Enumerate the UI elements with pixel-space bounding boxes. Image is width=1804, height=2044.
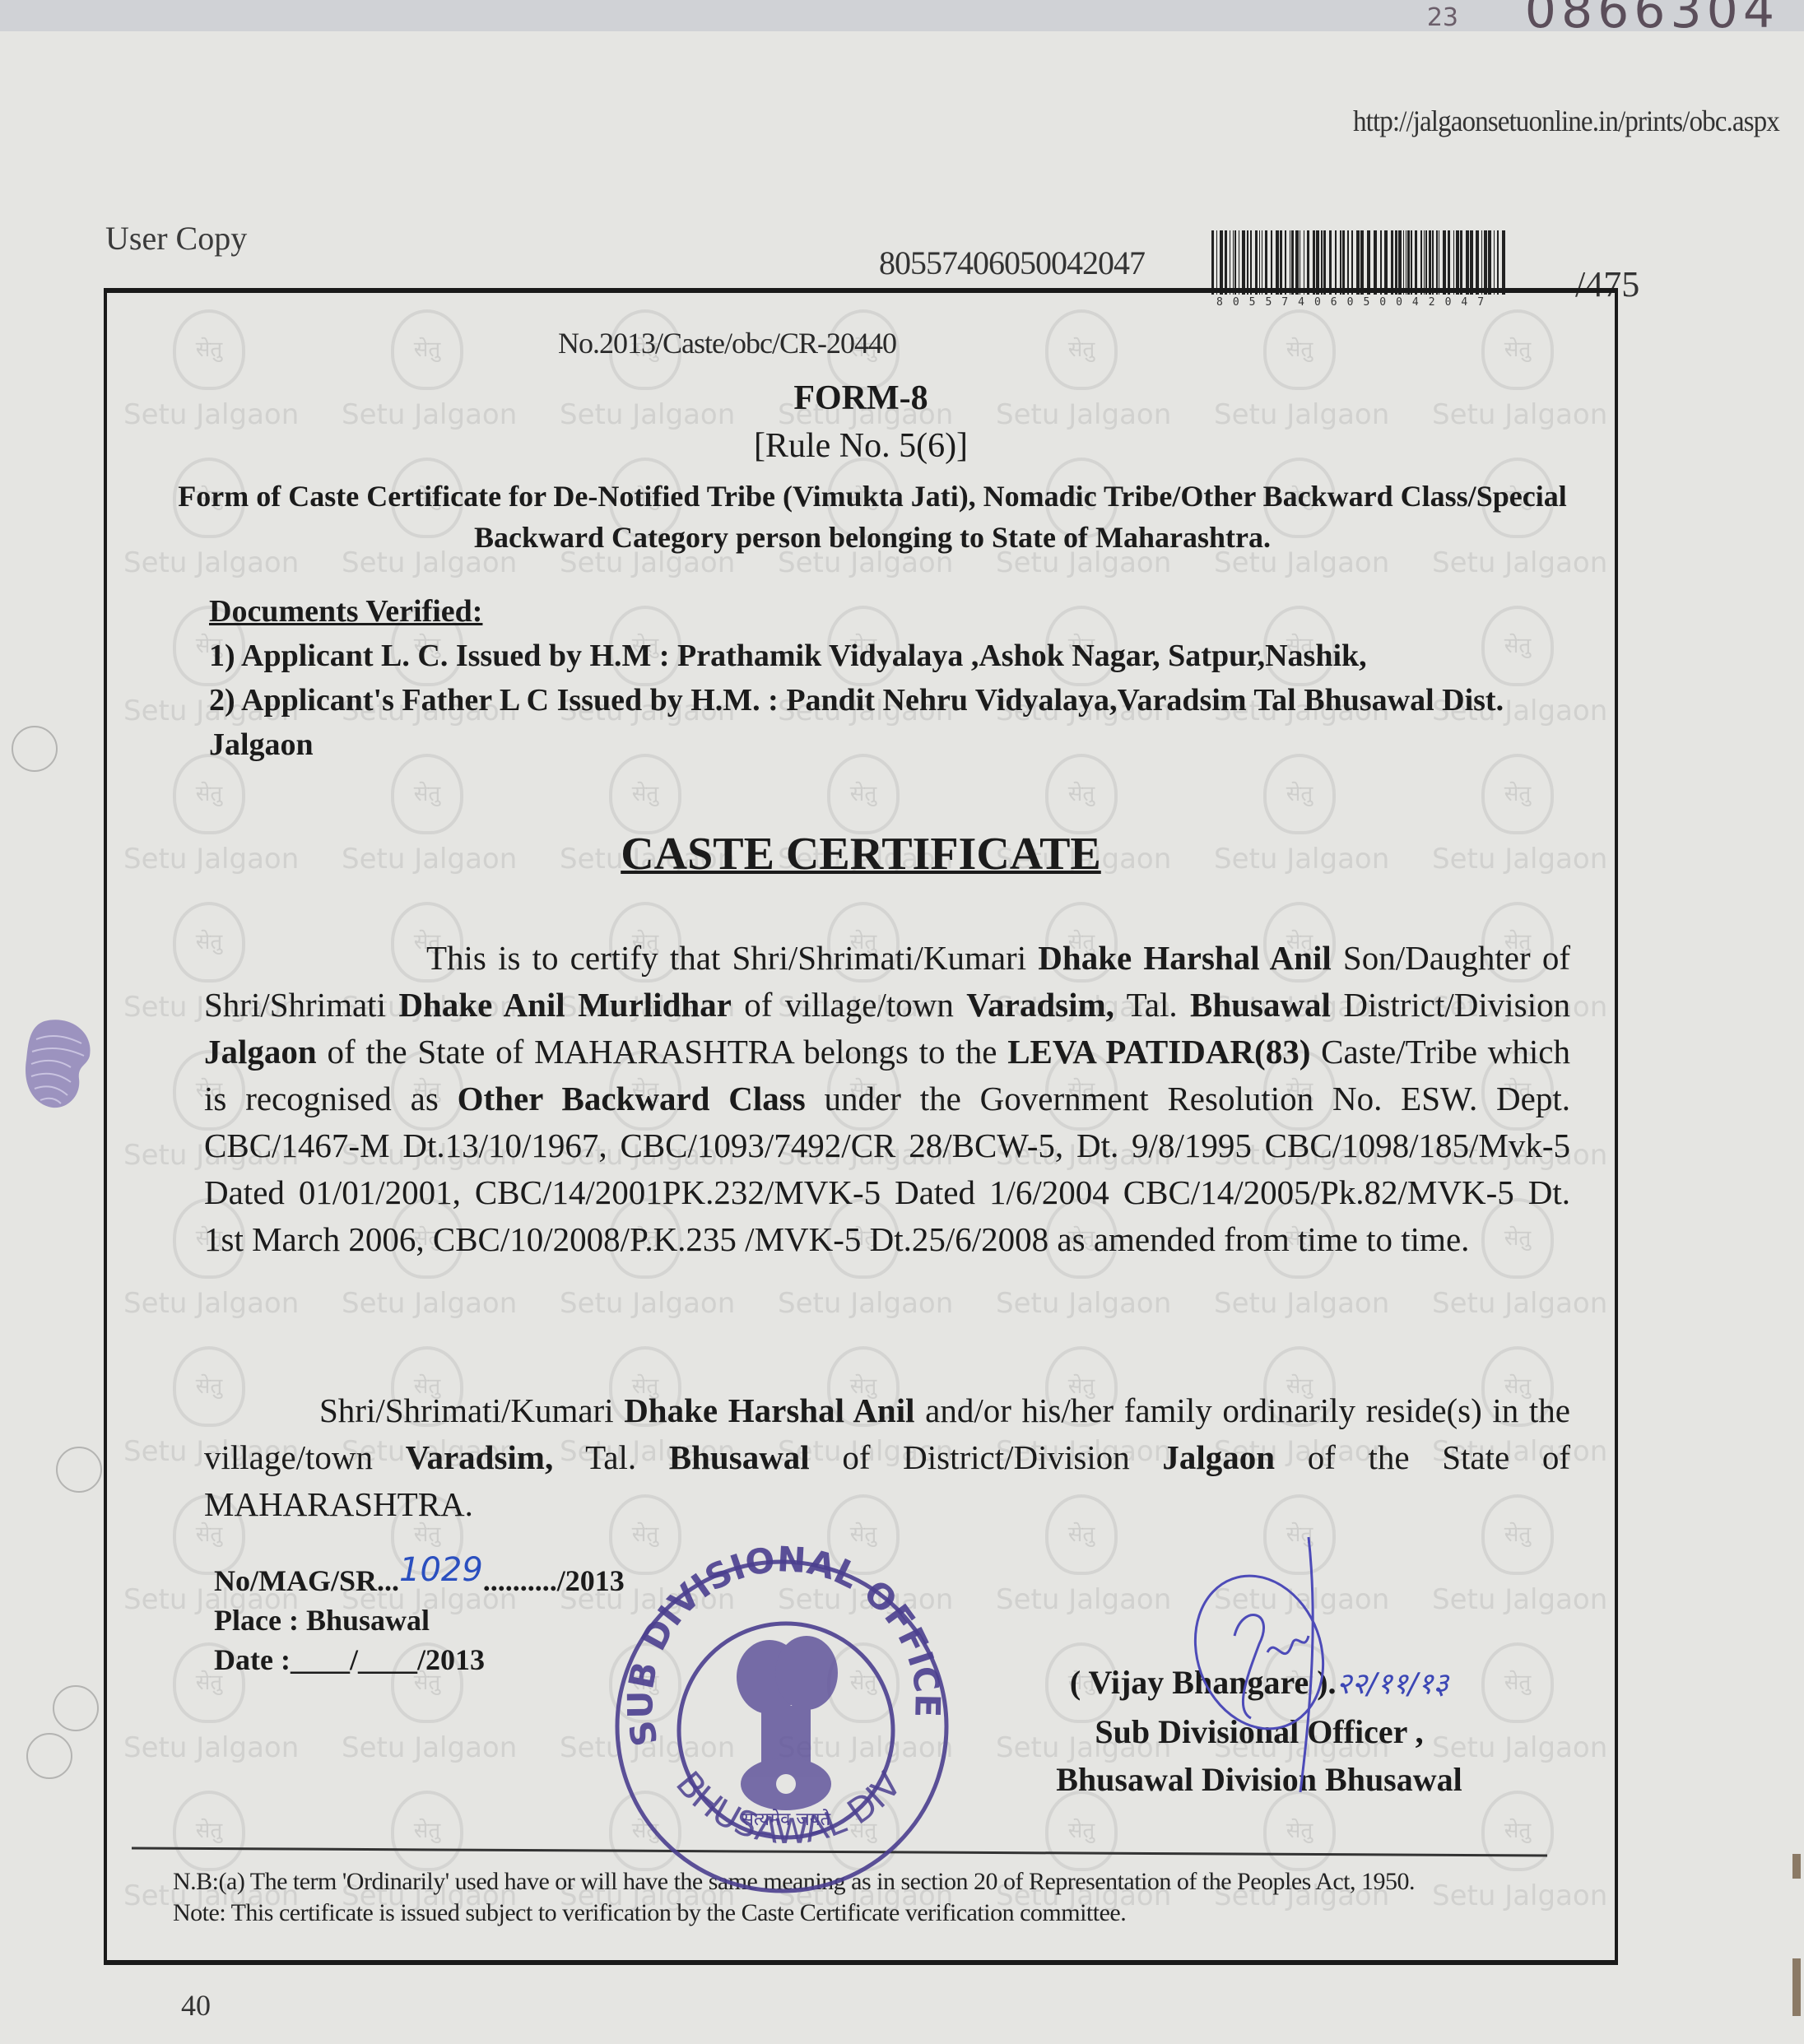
residence-paragraph: Shri/Shrimati/Kumari Dhake Harshal Anil … [204,1387,1570,1528]
caste: LEVA PATIDAR(83) [1007,1033,1310,1071]
user-copy-label: User Copy [105,219,247,258]
barcode-bar [1476,230,1479,295]
barcode-bar [1406,230,1406,295]
form-description: Form of Caste Certificate for De-Notifie… [173,476,1572,558]
barcode-bar [1391,230,1393,295]
official-stamp-icon: SUB DIVISIONAL OFFICER BHUSAWAL DIVISION… [601,1537,963,1899]
underlying-paper-strip: 23 0866304 [0,0,1804,33]
district: Jalgaon [204,1033,317,1071]
barcode-bar [1313,230,1315,295]
documents-verified-title: Documents Verified: [209,589,1559,634]
edge-mark [1792,1958,1801,2016]
parent-name: Dhake Anil Murlidhar [398,986,731,1024]
barcode-bar [1255,230,1258,295]
barcode-bar [1407,230,1410,295]
barcode-bar [1502,230,1505,295]
barcode-bar [1242,230,1245,295]
barcode-bar [1488,230,1491,295]
signature-icon [1152,1529,1399,1817]
verification-note: Note: This certificate is issued subject… [173,1898,1572,1929]
page-number: 40 [181,1988,211,2023]
barcode-bar [1436,230,1438,295]
text: This is to certify that Shri/Shrimati/Ku… [426,939,1038,977]
barcode-bar [1233,230,1234,295]
barcode-bar [1439,230,1439,295]
handwritten-number: 1029 [399,1551,483,1589]
underlying-paper-prefix: 23 [1427,3,1458,32]
barcode-bar [1239,230,1239,295]
applicant-name: Dhake Harshal Anil [624,1391,914,1429]
barcode-bar [1340,230,1341,295]
barcode-bar [1481,230,1482,295]
mag-sr-number: No/MAG/SR...1029........../2013 [214,1560,625,1600]
text: No/MAG/SR... [214,1564,399,1597]
barcode-bar [1411,230,1412,295]
certificate-title: CASTE CERTIFICATE [107,828,1615,880]
barcode-bar [1424,230,1425,295]
barcode-bar [1425,230,1427,295]
text: District/Division [1331,986,1570,1024]
barcode-bar [1384,230,1388,295]
place: Place : Bhusawal [214,1600,625,1640]
barcode-bar [1403,230,1404,295]
barcode-bar [1250,230,1252,295]
certification-paragraph: This is to certify that Shri/Shrimati/Ku… [204,935,1570,1263]
barcode-bar [1259,230,1260,295]
print-url: http://jalgaonsetuonline.in/prints/obc.a… [1353,104,1779,138]
form-title: FORM-8 [107,379,1615,418]
barcode-bar [1374,230,1377,295]
barcode-bar [1484,230,1487,295]
barcode-bar [1290,230,1290,295]
barcode-bar [1415,230,1417,295]
village: Varadsim, [966,986,1114,1024]
thumb-impression-icon [20,1015,94,1113]
barcode-bar [1291,230,1294,295]
barcode-bar [1356,230,1360,295]
barcode-bar [1323,230,1326,295]
text: Shri/Shrimati/Kumari [319,1391,624,1429]
document-item: 2) Applicant's Father L C Issued by H.M.… [209,678,1559,767]
punch-hole-icon [56,1447,102,1493]
barcode-bar [1448,230,1450,295]
barcode-bar [1247,230,1248,295]
barcode-bar [1329,230,1332,295]
document-item: 1) Applicant L. C. Issued by H.M : Prath… [209,634,1559,678]
barcode-bar [1398,230,1402,295]
barcode-bar [1216,230,1217,295]
barcode-bar [1230,230,1230,295]
barcode-number: 80557406050042047 [879,244,1145,282]
barcode-bar [1367,230,1370,295]
barcode-bar [1220,230,1223,295]
text: Tal. [553,1438,669,1476]
barcode-bar [1262,230,1262,295]
barcode-bar [1321,230,1323,295]
barcode-bar [1429,230,1431,295]
text: of village/town [732,986,966,1024]
barcode-bar [1271,230,1272,295]
text: of District/Division [810,1438,1163,1476]
category: Other Backward Class [458,1080,806,1117]
barcode-bar [1460,230,1462,295]
text: Tal. [1114,986,1190,1024]
barcode-bar [1295,230,1299,295]
village: Varadsim, [406,1438,554,1476]
svg-text:सत्यमेव जयते: सत्यमेव जयते [742,1809,830,1830]
barcode-bar [1466,230,1469,295]
barcode-bar [1316,230,1319,295]
date: Date :____/____/2013 [214,1640,625,1679]
barcode-bar [1497,230,1499,295]
punch-hole-icon [12,726,58,772]
barcode-bar [1360,230,1364,295]
barcode-bar [1456,230,1459,295]
barcode-bar [1380,230,1382,295]
barcode-bar [1351,230,1353,295]
rule-number: [Rule No. 5(6)] [107,426,1615,466]
barcode-bar [1494,230,1495,295]
barcode-bar [1335,230,1337,295]
barcode-bar [1307,230,1309,295]
barcode-bar [1443,230,1446,295]
document-paper: http://jalgaonsetuonline.in/prints/obc.a… [0,31,1804,2044]
documents-verified: Documents Verified: 1) Applicant L. C. I… [209,589,1559,767]
barcode-bar [1347,230,1349,295]
barcode-icon [1211,230,1570,295]
barcode-bar [1432,230,1434,295]
punch-hole-icon [53,1685,99,1731]
taluka: Bhusawal [1190,986,1331,1024]
punch-hole-icon [26,1733,72,1779]
barcode-bar [1453,230,1454,295]
barcode-bar [1470,230,1473,295]
barcode-bar [1300,230,1300,295]
barcode-bar [1234,230,1236,295]
barcode-bar [1265,230,1267,295]
barcode-bar [1211,230,1214,295]
barcode-bar [1420,230,1422,295]
barcode-bar [1285,230,1286,295]
reference-block: No/MAG/SR...1029........../2013 Place : … [214,1560,625,1679]
barcode-bar [1280,230,1282,295]
text: of the State of MAHARASHTRA belongs to t… [317,1033,1007,1071]
applicant-name: Dhake Harshal Anil [1038,939,1331,977]
barcode-bar [1304,230,1304,295]
district: Jalgaon [1162,1438,1275,1476]
barcode-bar [1342,230,1345,295]
certificate-number: No.2013/Caste/obc/CR-20440 [558,326,896,360]
taluka: Bhusawal [669,1438,810,1476]
edge-mark [1792,1854,1801,1879]
barcode-bar [1225,230,1227,295]
barcode-bar [1395,230,1397,295]
barcode-bar [1276,230,1279,295]
